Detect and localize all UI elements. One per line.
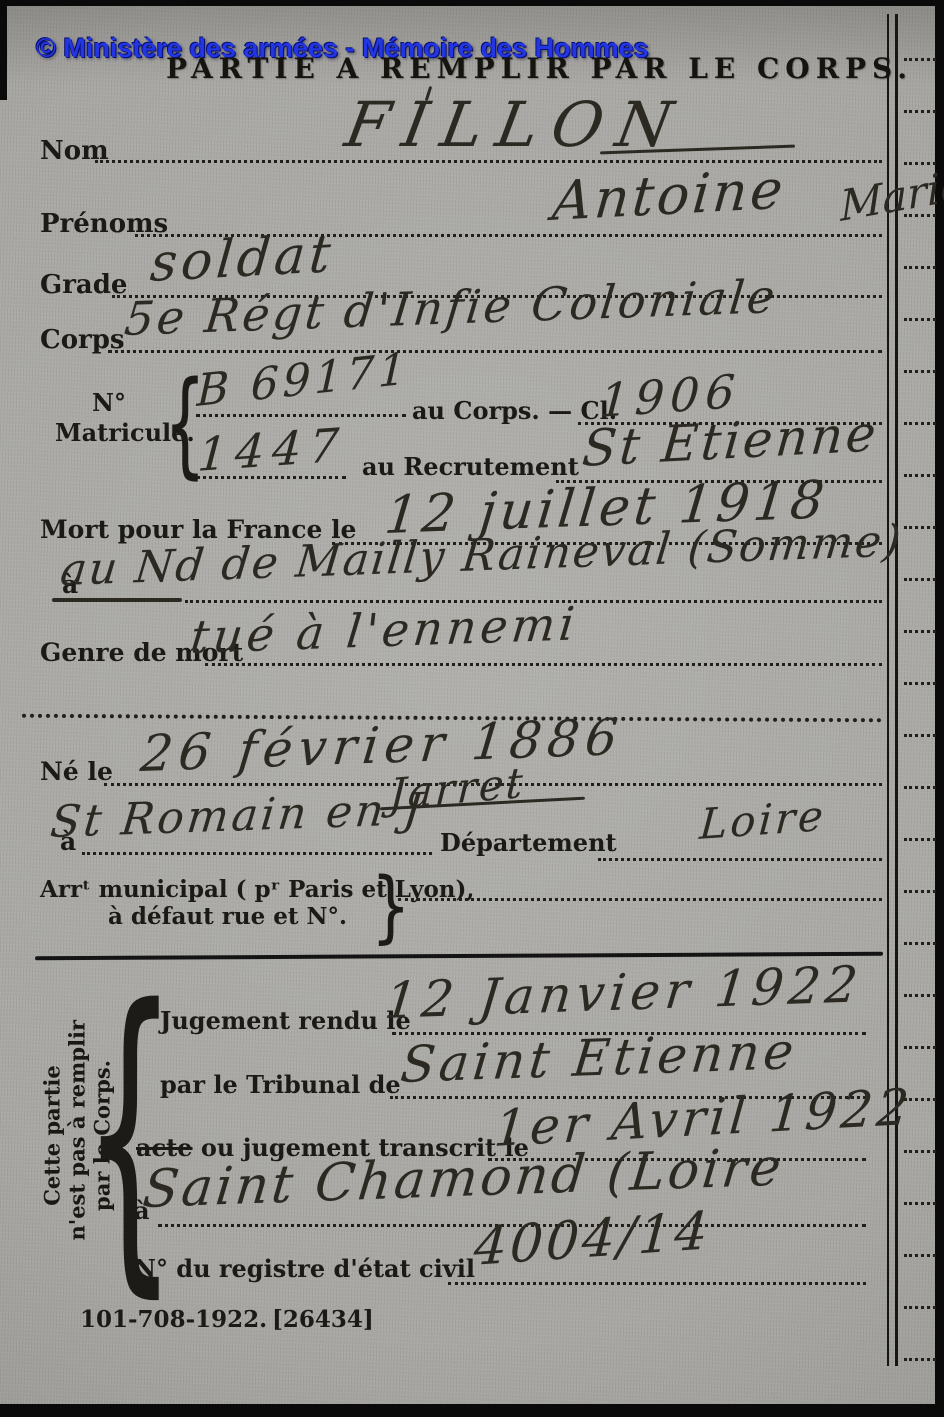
dotted-rule — [398, 898, 882, 901]
ink-underline — [52, 598, 182, 602]
dotted-rule — [448, 1282, 866, 1285]
right-margin-dotted-stub — [904, 266, 936, 269]
right-margin-dotted-stub — [904, 578, 936, 581]
field-label-matricule-no: N° — [92, 388, 126, 417]
right-margin-dotted-stub — [904, 1046, 936, 1049]
right-margin-dotted-stub — [904, 630, 936, 633]
dotted-rule — [196, 414, 406, 417]
right-margin-dotted-stub — [904, 1254, 936, 1257]
right-margin-dotted-stub — [904, 318, 936, 321]
imprint-reference: [26434] — [272, 1306, 374, 1333]
field-value-ne-a-correction: Jarret — [388, 758, 526, 819]
military-death-record-scan: © Ministère des armées - Mémoire des Hom… — [0, 0, 944, 1417]
dotted-rule — [82, 852, 432, 855]
field-value-genre-mort: tué à l'ennemi — [188, 596, 581, 664]
right-margin-dotted-stub — [904, 526, 936, 529]
field-value-registre: 4004/14 — [472, 1201, 713, 1278]
right-margin-dotted-stub — [904, 422, 936, 425]
right-margin-dotted-stub — [904, 890, 936, 893]
matricule-corps-number: B 69171 — [196, 343, 411, 417]
scan-edge-bottom — [0, 1404, 944, 1417]
field-value-prenoms-2: Marie — [839, 160, 944, 231]
field-label-registre: N° du registre d'état civil — [134, 1254, 475, 1283]
field-value-prenoms: Antoine — [550, 157, 788, 233]
dotted-rule — [108, 350, 882, 353]
field-value-ne-le: 26 février 1886 — [138, 708, 626, 783]
field-label-arrondissement-2: à défaut rue et N°. — [108, 903, 347, 930]
right-margin-dotted-stub — [904, 1306, 936, 1309]
dotted-rule — [205, 663, 882, 666]
page-title: PARTIE A REMPLIR PAR LE CORPS. — [166, 52, 913, 85]
field-value-jugement-date: 12 Janvier 1922 — [382, 955, 865, 1030]
right-margin-dotted-stub — [904, 1358, 936, 1361]
field-value-ne-a: St Romain en J — [48, 784, 427, 848]
right-margin-dotted-stub — [904, 110, 936, 113]
field-value-departement: Loire — [698, 791, 828, 849]
right-margin-dotted-stub — [904, 942, 936, 945]
field-label-jugement: Jugement rendu le — [160, 1006, 411, 1035]
right-margin-dotted-stub — [904, 734, 936, 737]
field-label-tribunal: par le Tribunal de — [160, 1070, 401, 1099]
arrondissement-brace: } — [371, 868, 411, 946]
right-margin-dotted-stub — [904, 682, 936, 685]
right-margin-dotted-stub — [904, 370, 936, 373]
imprint-code: 101-708-1922. — [80, 1306, 267, 1333]
right-margin-dotted-stub — [904, 1202, 936, 1205]
right-margin-dotted-stub — [904, 474, 936, 477]
field-label-ne-le: Né le — [40, 757, 113, 786]
right-margin-dotted-stub — [904, 786, 936, 789]
right-margin-dotted-stub — [904, 994, 936, 997]
matricule-recrutement-number: 1447 — [196, 417, 349, 482]
field-label-departement: Département — [440, 828, 617, 857]
right-margin-dotted-stub — [904, 1150, 936, 1153]
label-au-recrutement: au Recrutement — [362, 452, 579, 481]
field-value-grade: soldat — [148, 224, 337, 294]
scan-edge-left — [0, 0, 7, 100]
right-margin-dotted-stub — [904, 838, 936, 841]
scan-edge-top — [0, 0, 944, 6]
dotted-rule — [598, 858, 882, 861]
side-note-line: Cette partie — [40, 1031, 65, 1241]
dotted-rule — [196, 476, 346, 479]
